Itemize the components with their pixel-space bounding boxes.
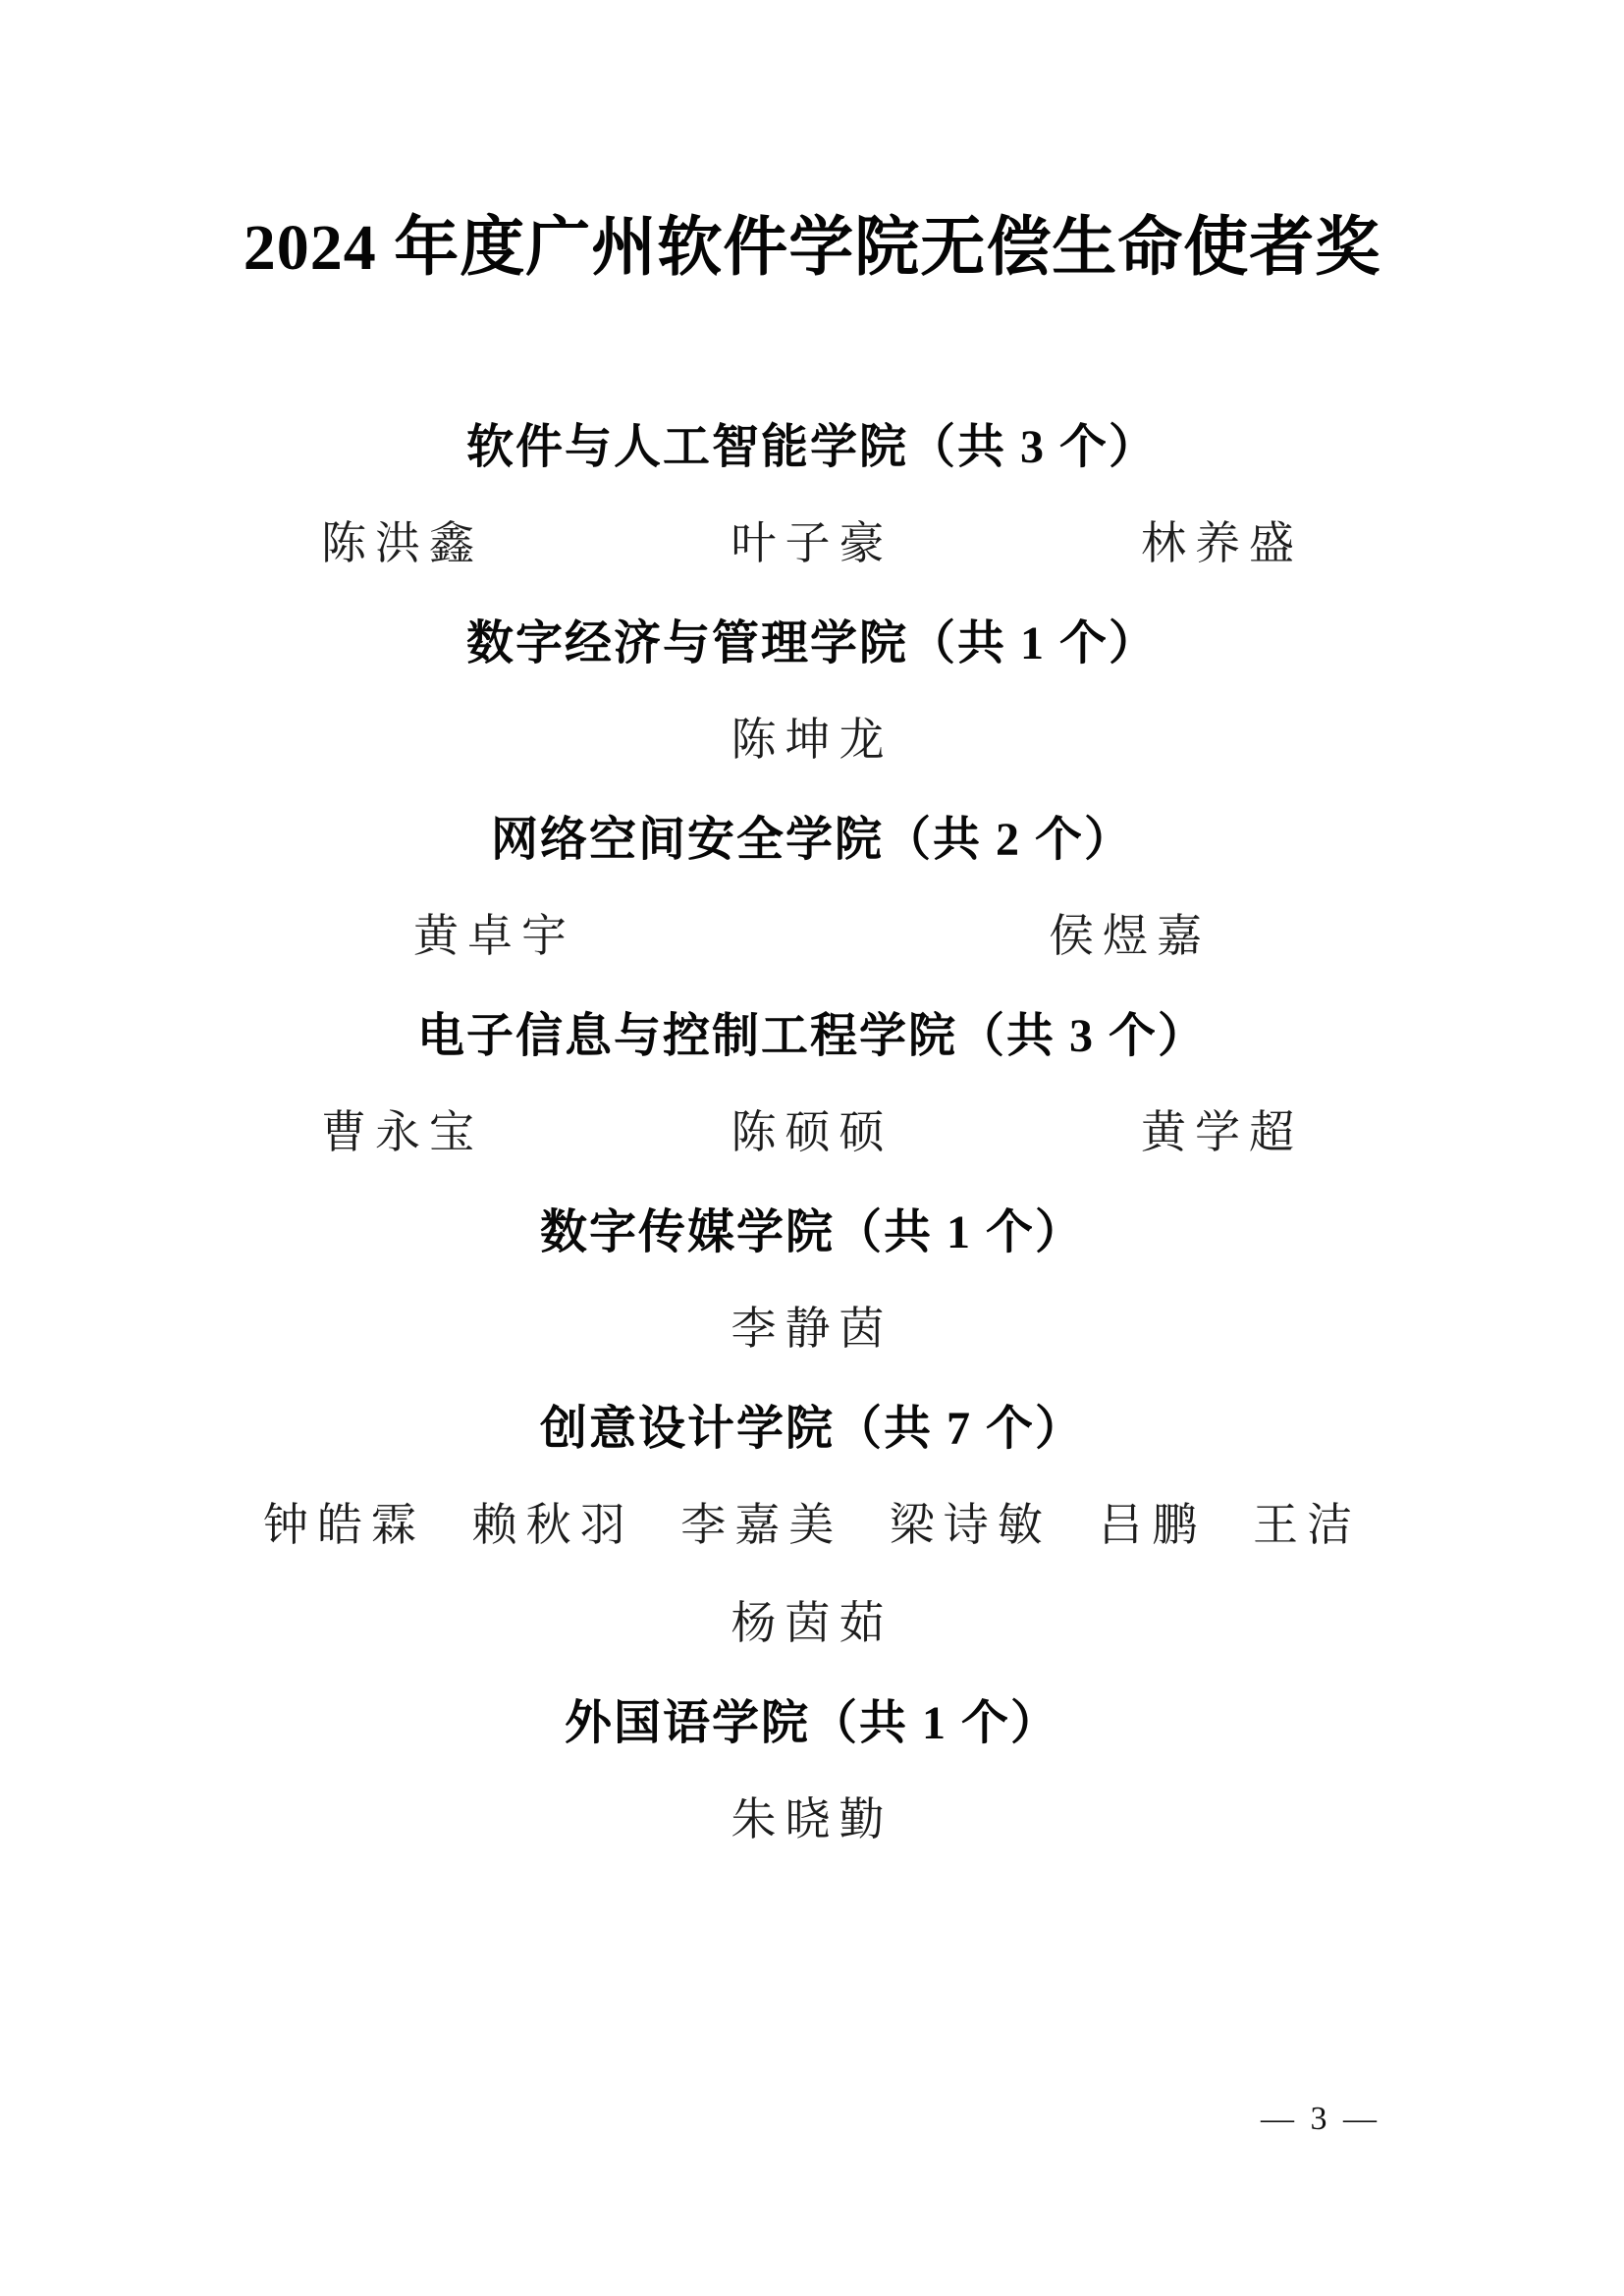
section-heading-row: 数字经济与管理学院（共 1 个） [0,589,1624,687]
awardee-name: 吕鹏 [1098,1489,1206,1554]
section-heading: 外国语学院（共 1 个） [565,1684,1059,1752]
section-heading: 数字传媒学院（共 1 个） [540,1194,1084,1261]
awardee-name: 侯煜嘉 [1049,900,1211,965]
awardee-row: 钟皓霖 赖秋羽 李嘉美 梁诗敏 吕鹏 王洁 [0,1472,1624,1571]
section-heading: 数字经济与管理学院（共 1 个） [466,605,1158,672]
awardee-row: 黄卓宇 侯煜嘉 [0,883,1624,982]
section-heading-row: 数字传媒学院（共 1 个） [0,1178,1624,1276]
section-heading-row: 电子信息与控制工程学院（共 3 个） [0,982,1624,1080]
awardee-row: 杨茵茹 [0,1571,1624,1669]
awardee-name: 黄学超 [1141,1096,1303,1161]
page-number: — 3 — [1261,2101,1380,2138]
awardee-name: 叶子豪 [731,507,893,572]
awardee-name: 梁诗敏 [890,1489,1052,1554]
awardee-row: 李静茵 [0,1276,1624,1374]
awardee-name-row: 陈坤龙 [731,704,893,769]
awardee-name: 钟皓霖 [263,1489,425,1554]
awardee-name-row: 杨茵茹 [731,1587,893,1652]
awardee-name: 李嘉美 [680,1489,842,1554]
awardee-name: 陈坤龙 [731,704,893,769]
awardee-row: 陈洪鑫 叶子豪 林养盛 [0,491,1624,589]
awardee-row: 陈坤龙 [0,687,1624,785]
awardee-name: 陈硕硕 [731,1096,893,1161]
awardee-row: 曹永宝 陈硕硕 黄学超 [0,1080,1624,1178]
section-heading: 网络空间安全学院（共 2 个） [491,801,1133,869]
awardee-name-row: 钟皓霖 赖秋羽 李嘉美 梁诗敏 吕鹏 王洁 [263,1489,1361,1554]
awardee-name: 赖秋羽 [472,1489,634,1554]
awardee-row: 朱晓勤 [0,1767,1624,1865]
awardee-name: 陈洪鑫 [321,507,483,572]
awardee-name: 王洁 [1253,1489,1361,1554]
section-heading: 电子信息与控制工程学院（共 3 个） [417,997,1207,1065]
awardee-name-row: 黄卓宇 侯煜嘉 [413,900,1211,965]
awardee-name-row: 李静茵 [731,1293,893,1358]
document-title: 2024 年度广州软件学院无偿生命使者奖 [0,194,1624,288]
section-heading: 软件与人工智能学院（共 3 个） [466,408,1158,476]
awardee-name: 杨茵茹 [731,1587,893,1652]
section-heading-row: 外国语学院（共 1 个） [0,1669,1624,1767]
awardee-name-row: 朱晓勤 [731,1784,893,1848]
awardee-name: 曹永宝 [321,1096,483,1161]
awardee-name: 林养盛 [1141,507,1303,572]
awardee-name: 黄卓宇 [413,900,575,965]
section-heading: 创意设计学院（共 7 个） [540,1390,1084,1458]
awardee-name: 朱晓勤 [731,1784,893,1848]
awardee-name-row: 曹永宝 陈硕硕 黄学超 [321,1096,1303,1161]
award-list: 软件与人工智能学院（共 3 个） 陈洪鑫 叶子豪 林养盛 数字经济与管理学院（共… [0,393,1624,1865]
section-heading-row: 创意设计学院（共 7 个） [0,1374,1624,1472]
section-heading-row: 网络空间安全学院（共 2 个） [0,785,1624,883]
document-page: 2024 年度广州软件学院无偿生命使者奖 软件与人工智能学院（共 3 个） 陈洪… [0,0,1624,2296]
section-heading-row: 软件与人工智能学院（共 3 个） [0,393,1624,491]
awardee-name: 李静茵 [731,1293,893,1358]
awardee-name-row: 陈洪鑫 叶子豪 林养盛 [321,507,1303,572]
